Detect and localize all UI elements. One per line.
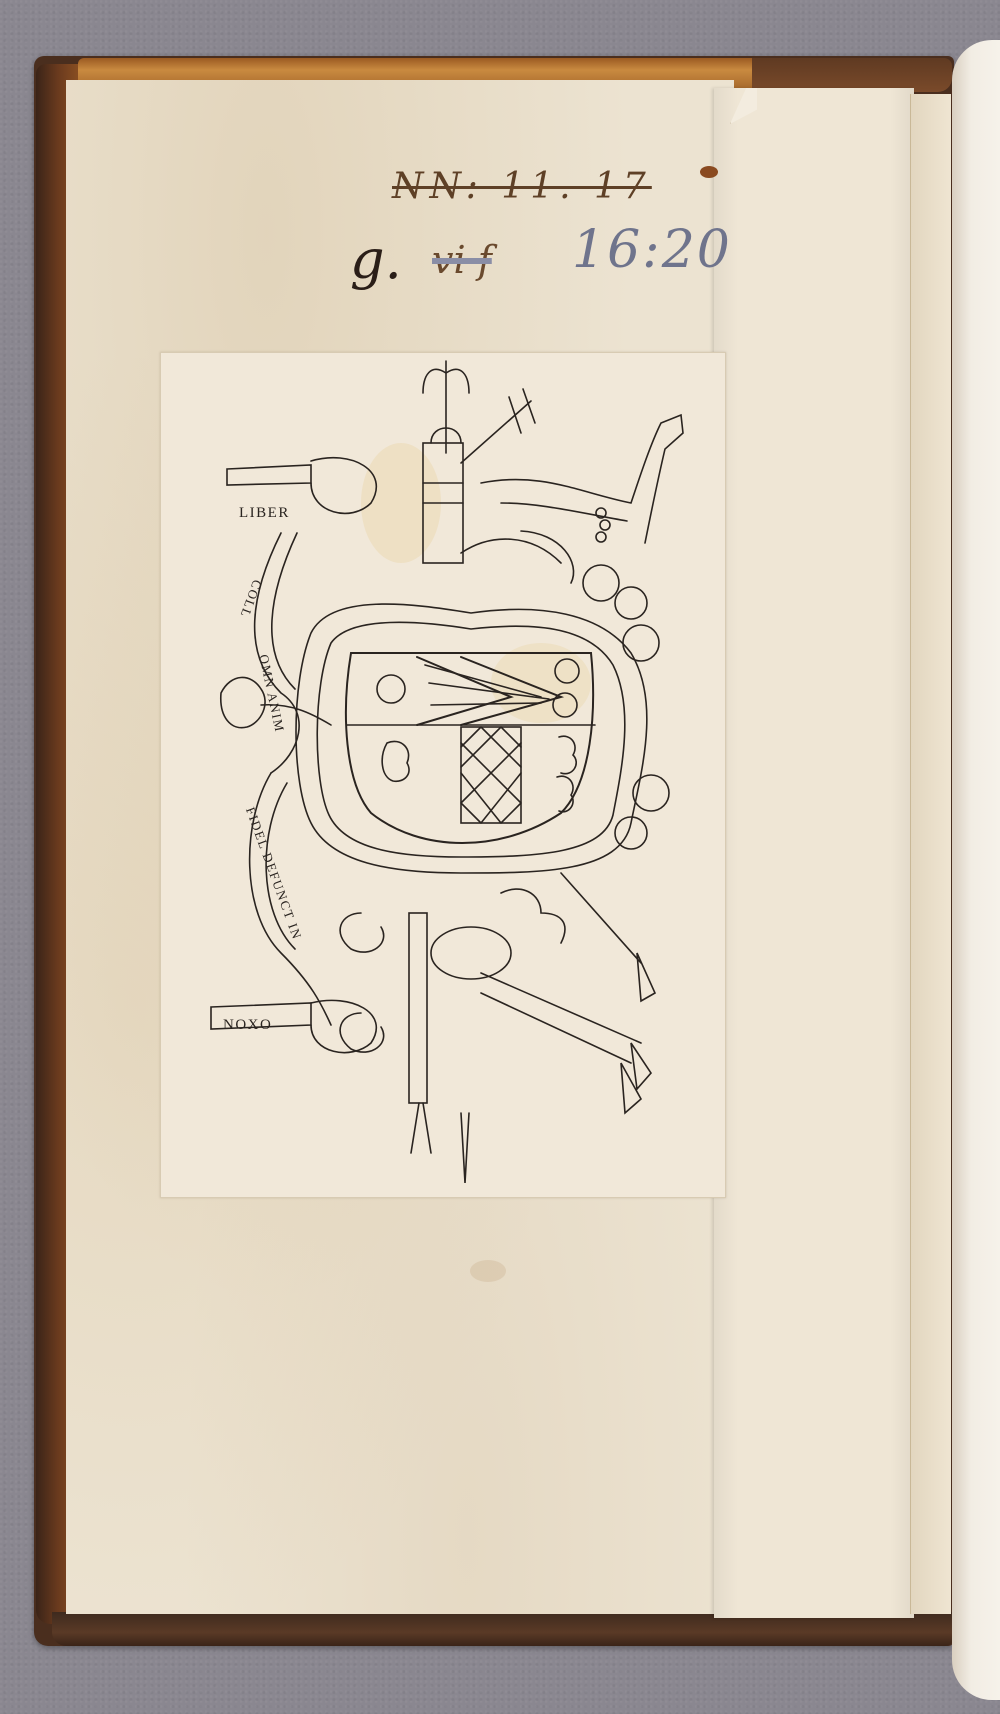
shelfmark-old-struck: NN: 11. 17 bbox=[392, 166, 652, 207]
foxing-stain bbox=[470, 1260, 506, 1282]
armorial-bookplate: LIBER COLL OMN ANIM FIDEL DEFUNCT IN NOX… bbox=[160, 352, 726, 1198]
shelfmark-current: 16:20 bbox=[572, 220, 732, 280]
ink-spot bbox=[700, 166, 718, 178]
leather-spine-top bbox=[752, 58, 952, 92]
shelfmark-prefix: g. bbox=[350, 228, 402, 291]
motto-noxo: NOXO bbox=[223, 1017, 272, 1034]
coat-of-arms-engraving bbox=[161, 353, 725, 1197]
motto-liber: LIBER bbox=[239, 505, 290, 522]
flyleaf-stub bbox=[714, 88, 914, 1618]
gutter-edge bbox=[910, 94, 951, 1614]
shelfmark-struck-fragment: vi f bbox=[432, 238, 492, 282]
page-edge bbox=[952, 40, 1000, 1700]
